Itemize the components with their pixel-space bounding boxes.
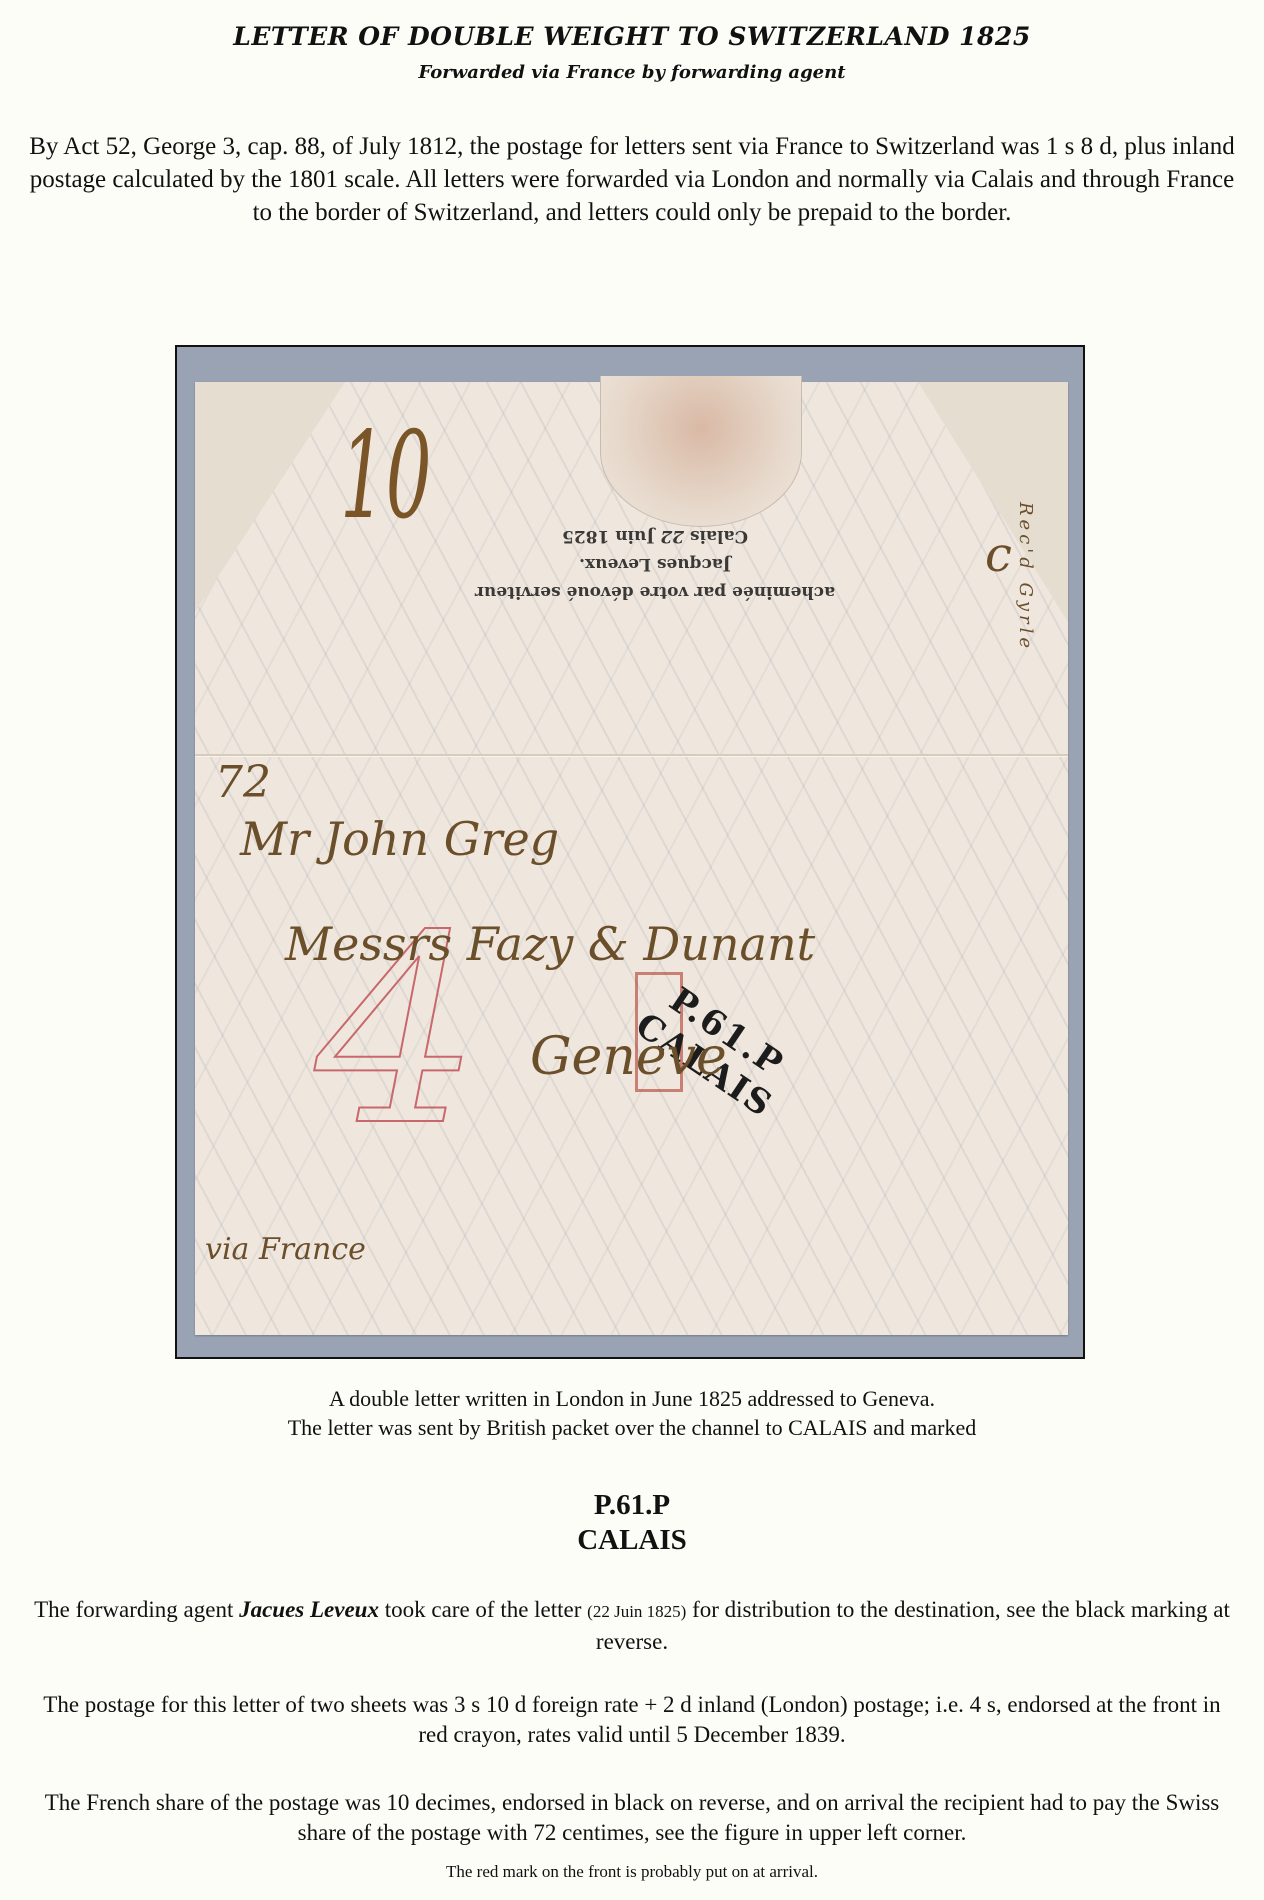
marking-callout: P.61.P CALAIS (0, 1488, 1264, 1558)
side-endorsement: Rec'd Gyrle (1015, 502, 1036, 652)
marking-month-year: Juin 1825 (562, 526, 654, 546)
corner-manuscript-mark: c (985, 527, 1012, 583)
address-city: Geneve (530, 1027, 727, 1087)
cover-mount: acheminée par votre dévoué serviteur Jac… (175, 345, 1085, 1359)
seal-tab (600, 376, 802, 527)
caption-line2: The letter was sent by British packet ov… (0, 1413, 1264, 1442)
letter-cover: acheminée par votre dévoué serviteur Jac… (195, 382, 1068, 1335)
forwarding-agent-marking: acheminée par votre dévoué serviteur Jac… (445, 522, 865, 606)
intro-paragraph: By Act 52, George 3, cap. 88, of July 18… (20, 130, 1244, 229)
marking-day: 22 (660, 526, 684, 546)
forwarding-marking-line2: Jacques Leveux. (445, 550, 865, 578)
forwarding-date: (22 Juin 1825) (587, 1602, 686, 1621)
forwarding-agent-paragraph: The forwarding agent Jacues Leveux took … (30, 1595, 1234, 1657)
marking-place: Calais (690, 526, 748, 546)
forwarding-marking-line1: acheminée par votre dévoué serviteur (445, 578, 865, 606)
swiss-share-manuscript: 72 (215, 757, 271, 808)
page-title: LETTER OF DOUBLE WEIGHT TO SWITZERLAND 1… (0, 22, 1264, 51)
fold-line (195, 754, 1068, 756)
address-line1: Mr John Greg (240, 812, 559, 866)
p1-text: The forwarding agent (34, 1597, 239, 1622)
address-line2: Messrs Fazy & Dunant (285, 917, 815, 971)
p1-text: for distribution to the destination, see… (596, 1597, 1230, 1654)
cover-caption: A double letter written in London in Jun… (0, 1384, 1264, 1442)
french-share-manuscript: 10 (340, 407, 432, 546)
red-mark-note: The red mark on the front is probably pu… (0, 1862, 1264, 1882)
caption-line1: A double letter written in London in Jun… (0, 1384, 1264, 1413)
agent-name: Jacues Leveux (239, 1597, 379, 1622)
page-subtitle: Forwarded via France by forwarding agent (0, 62, 1264, 83)
marking-callout-line1: P.61.P (0, 1488, 1264, 1523)
marking-callout-line2: CALAIS (0, 1523, 1264, 1558)
forwarding-marking-line3: Calais 22 Juin 1825 (445, 522, 865, 550)
flap-left (195, 382, 345, 612)
postage-paragraph: The postage for this letter of two sheet… (30, 1690, 1234, 1750)
share-paragraph: The French share of the postage was 10 d… (30, 1788, 1234, 1848)
route-endorsement: via France (205, 1232, 366, 1267)
flap-right (918, 382, 1068, 622)
p1-text: took care of the letter (379, 1597, 587, 1622)
